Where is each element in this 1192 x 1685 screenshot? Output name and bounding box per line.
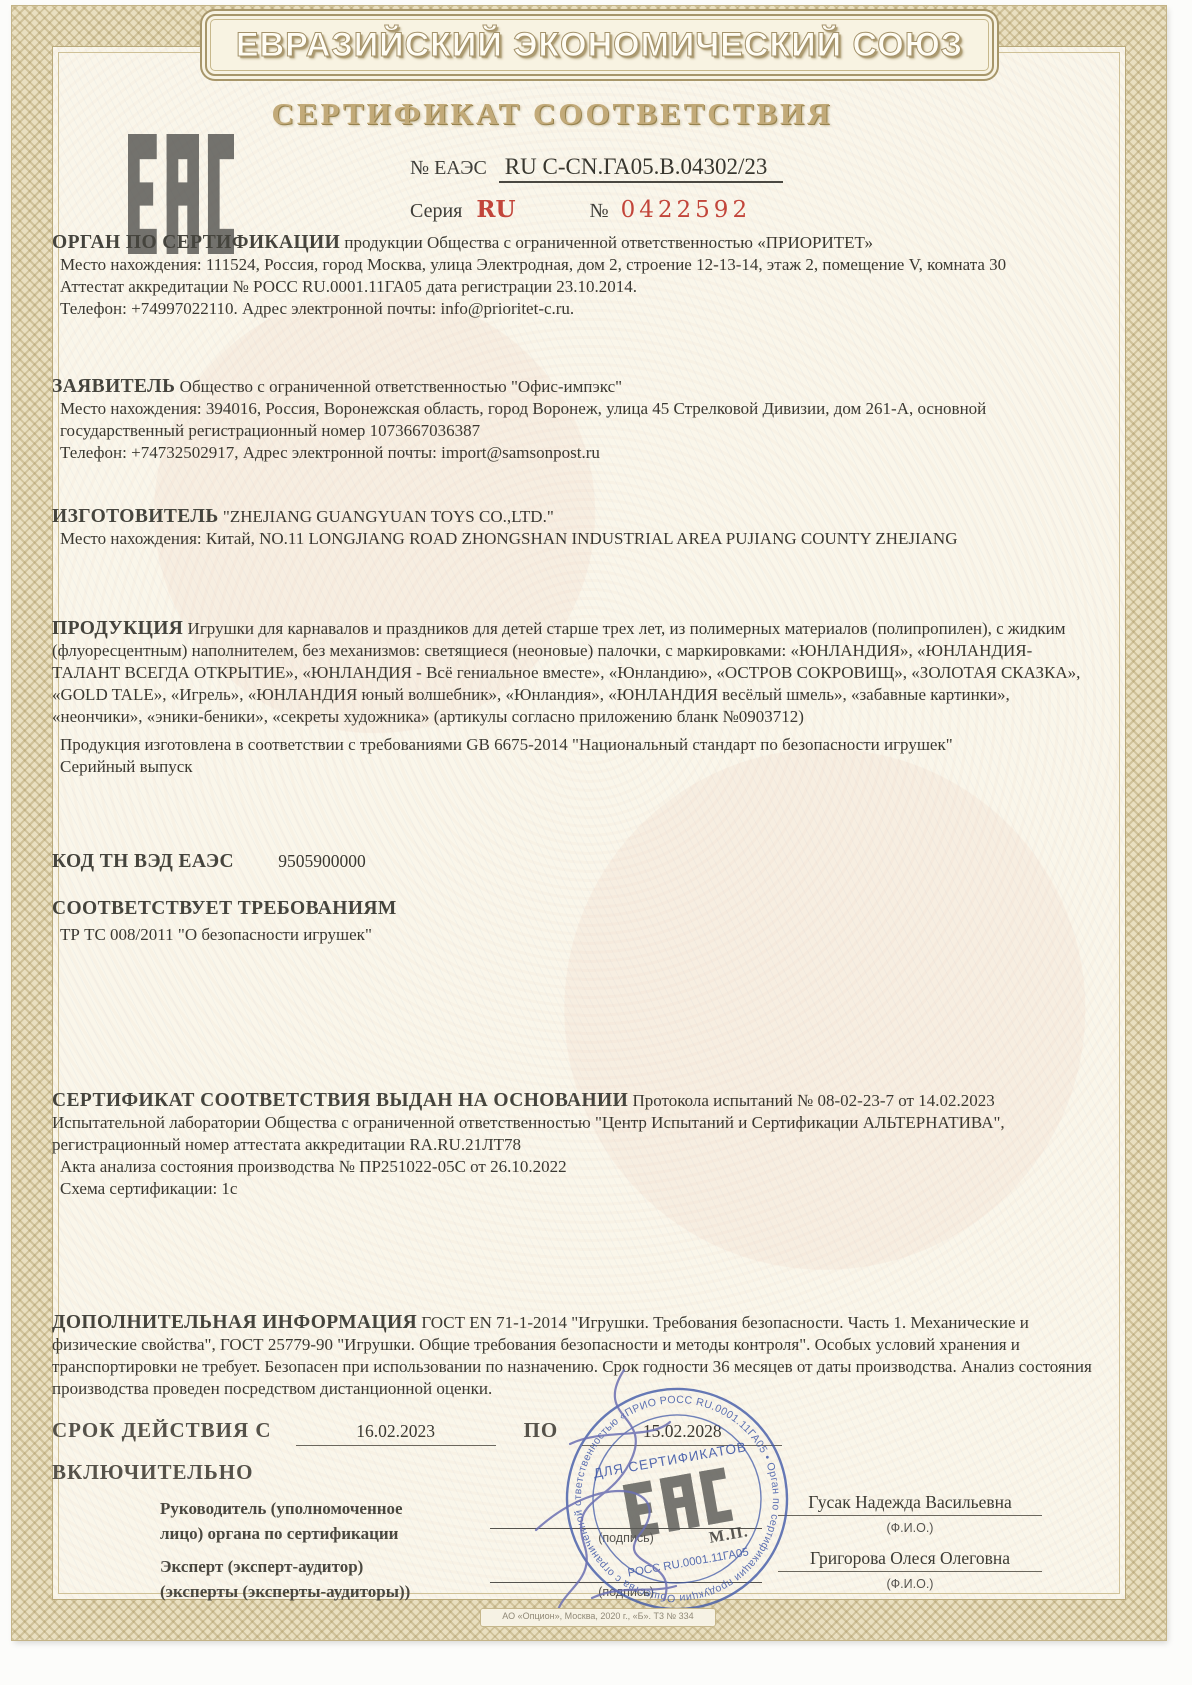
section-issued-on-basis: СЕРТИФИКАТ СООТВЕТСТВИЯ ВЫДАН НА ОСНОВАН… <box>52 1090 1098 1200</box>
series-row: Серия RU № 0422592 <box>410 196 751 223</box>
section-line: Аттестат аккредитации № РОСС RU.0001.11Г… <box>52 276 1098 298</box>
blank-number-label: № <box>590 200 609 223</box>
section-line: Серийный выпуск <box>52 756 1098 778</box>
section-line: Место нахождения: Китай, NO.11 LONGJIANG… <box>52 528 1098 550</box>
number-value: RU С-CN.ГА05.В.04302/23 <box>499 154 784 183</box>
head-role-line: Руководитель (уполномоченное <box>160 1496 490 1521</box>
section-line: Место нахождения: 394016, Россия, Вороне… <box>52 398 1098 442</box>
head-role-label: Руководитель (уполномоченное лицо) орган… <box>160 1496 490 1546</box>
section-line: Продукция изготовлена в соответствии с т… <box>52 734 1098 756</box>
section-heading: КОД ТН ВЭД ЕАЭС <box>52 851 234 872</box>
scan-page: ЕВРАЗИЙСКИЙ ЭКОНОМИЧЕСКИЙ СОЮЗ СЕРТИФИКА… <box>0 0 1192 1685</box>
section-intro: Общество с ограниченной ответственностью… <box>180 377 622 396</box>
validity-heading: СРОК ДЕЙСТВИЯ С <box>52 1418 272 1443</box>
certificate-title: СЕРТИФИКАТ СООТВЕТСТВИЯ <box>162 96 942 132</box>
section-heading: СЕРТИФИКАТ СООТВЕТСТВИЯ ВЫДАН НА ОСНОВАН… <box>52 1090 628 1111</box>
section-intro: продукции Общества с ограниченной ответс… <box>344 233 873 252</box>
section-production: ПРОДУКЦИЯ Игрушки для карнавалов и празд… <box>52 618 1098 778</box>
handwritten-signature <box>474 1348 794 1628</box>
section-heading: СООТВЕТСТВУЕТ ТРЕБОВАНИЯМ <box>52 898 397 919</box>
name-caption: (Ф.И.О.) <box>887 1577 934 1591</box>
section-heading: ОРГАН ПО СЕРТИФИКАЦИИ <box>52 232 340 253</box>
section-text: Игрушки для карнавалов и праздников для … <box>52 619 1080 726</box>
section-certification-body: ОРГАН ПО СЕРТИФИКАЦИИ продукции Общества… <box>52 232 1098 320</box>
printer-imprint: АО «Опцион», Москва, 2020 г., «Б». Т3 № … <box>480 1608 716 1627</box>
section-intro: "ZHEJIANG GUANGYUAN TOYS CO.,LTD." <box>223 507 554 526</box>
certificate-number-row: № ЕАЭС RU С-CN.ГА05.В.04302/23 <box>410 154 783 183</box>
head-name: Гусак Надежда Васильевна (Ф.И.О.) <box>778 1492 1042 1537</box>
expert-role-line: (эксперты (эксперты-аудиторы)) <box>160 1579 490 1604</box>
expert-name-text: Григорова Олеся Олеговна <box>778 1548 1042 1572</box>
section-heading: ПРОДУКЦИЯ <box>52 618 183 639</box>
name-caption: (Ф.И.О.) <box>887 1521 934 1535</box>
expert-role-label: Эксперт (эксперт-аудитор) (эксперты (экс… <box>160 1554 490 1604</box>
section-conforms-requirements: СООТВЕТСТВУЕТ ТРЕБОВАНИЯМ ТР ТС 008/2011… <box>52 898 1098 946</box>
series-label: Серия <box>410 200 462 223</box>
section-manufacturer: ИЗГОТОВИТЕЛЬ "ZHEJIANG GUANGYUAN TOYS CO… <box>52 506 1098 550</box>
section-line: ТР ТС 008/2011 "О безопасности игрушек" <box>52 924 1098 946</box>
section-heading: ДОПОЛНИТЕЛЬНАЯ ИНФОРМАЦИЯ <box>52 1312 417 1333</box>
section-line: Телефон: +74997022110. Адрес электронной… <box>52 298 1098 320</box>
expert-role-line: Эксперт (эксперт-аудитор) <box>160 1554 490 1579</box>
section-line: Телефон: +74732502917, Адрес электронной… <box>52 442 1098 464</box>
eaeu-banner: ЕВРАЗИЙСКИЙ ЭКОНОМИЧЕСКИЙ СОЮЗ <box>205 14 994 76</box>
expert-name: Григорова Олеся Олеговна (Ф.И.О.) <box>778 1548 1042 1593</box>
certificate-sheet: ЕВРАЗИЙСКИЙ ЭКОНОМИЧЕСКИЙ СОЮЗ СЕРТИФИКА… <box>12 6 1166 1640</box>
number-label: № ЕАЭС <box>410 157 487 180</box>
section-applicant: ЗАЯВИТЕЛЬ Общество с ограниченной ответс… <box>52 376 1098 464</box>
head-name-text: Гусак Надежда Васильевна <box>778 1492 1042 1516</box>
head-role-line: лицо) органа по сертификации <box>160 1521 490 1546</box>
section-tnved-code: КОД ТН ВЭД ЕАЭС 9505900000 <box>52 850 1098 873</box>
section-line: Схема сертификации: 1с <box>52 1178 1098 1200</box>
tnved-code-value: 9505900000 <box>278 851 366 871</box>
section-heading: ИЗГОТОВИТЕЛЬ <box>52 506 219 527</box>
valid-from-date: 16.02.2023 <box>296 1421 496 1446</box>
section-line: Акта анализа состояния производства № ПР… <box>52 1156 1098 1178</box>
series-value: RU <box>476 196 515 223</box>
eaeu-banner-text: ЕВРАЗИЙСКИЙ ЭКОНОМИЧЕСКИЙ СОЮЗ <box>236 26 963 65</box>
blank-number: 0422592 <box>621 197 751 223</box>
section-line: Место нахождения: 111524, Россия, город … <box>52 254 1098 276</box>
section-heading: ЗАЯВИТЕЛЬ <box>52 376 175 397</box>
